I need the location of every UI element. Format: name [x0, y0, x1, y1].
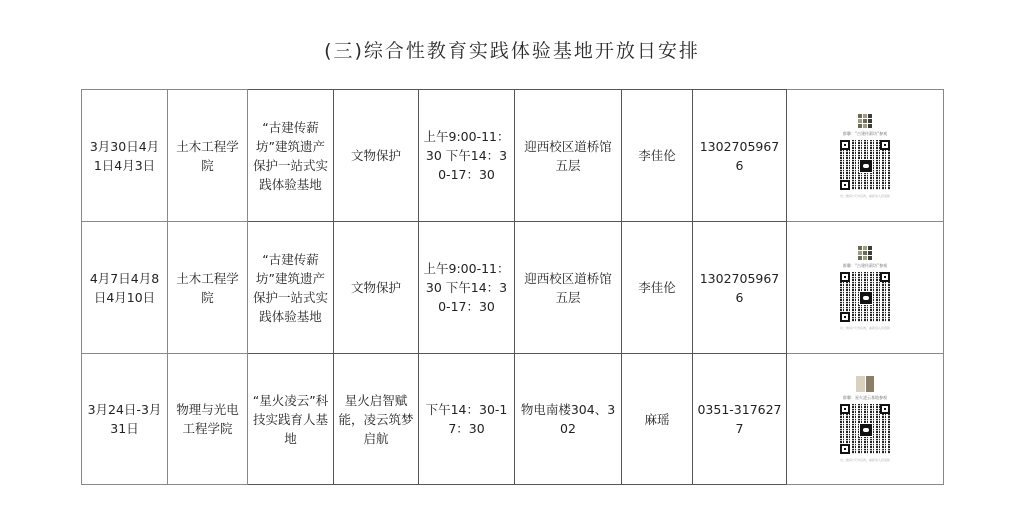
group-avatar-icon	[858, 246, 872, 260]
college-cell: 土木工程学院	[168, 90, 248, 222]
qr-code-icon	[840, 404, 890, 454]
qr-code-icon	[840, 140, 890, 190]
wechat-logo-icon	[859, 159, 873, 173]
theme-cell: 星火启智赋能，凌云筑梦启航	[334, 354, 419, 485]
time-cell: 上午9:00-11：30 下午14：30-17：30	[419, 90, 515, 222]
qr-cell: 群聊：“古建传薪坊”参观 该二维码7天内有效，重新进入将更新	[787, 90, 944, 222]
phone-cell: 13027059676	[693, 222, 787, 354]
base-cell: “星火凌云”科技实践育人基地	[248, 354, 334, 485]
college-cell: 物理与光电工程学院	[168, 354, 248, 485]
phone-cell: 0351-3176277	[693, 354, 787, 485]
college-cell: 土木工程学院	[168, 222, 248, 354]
date-cell: 4月7日4月8日4月10日	[82, 222, 168, 354]
time-cell: 下午14：30-17：30	[419, 354, 515, 485]
schedule-table: 3月30日4月1日4月3日 土木工程学院 “古建传薪坊”建筑遗产保护一站式实践体…	[81, 89, 944, 485]
wechat-logo-icon	[859, 423, 873, 437]
date-cell: 3月30日4月1日4月3日	[82, 90, 168, 222]
time-cell: 上午9:00-11：30 下午14：30-17：30	[419, 222, 515, 354]
qr-caption: 群聊：“古建传薪坊”参观	[843, 263, 887, 268]
group-avatar-icon	[858, 114, 872, 128]
qr-footer: 该二维码7天内有效，重新进入将更新	[840, 326, 890, 330]
qr-cell: 群聊：“古建传薪坊”参观 该二维码7天内有效，重新进入将更新	[787, 222, 944, 354]
table-row: 3月24日-3月31日 物理与光电工程学院 “星火凌云”科技实践育人基地 星火启…	[82, 354, 944, 485]
qr-cell: 群聊：星火凌云基地参观 该二维码7天内有效，重新进入将更新	[787, 354, 944, 485]
qr-caption: 群聊：星火凌云基地参观	[843, 395, 887, 400]
theme-cell: 文物保护	[334, 90, 419, 222]
base-cell: “古建传薪坊”建筑遗产保护一站式实践体验基地	[248, 90, 334, 222]
contact-cell: 麻瑶	[622, 354, 693, 485]
qr-footer: 该二维码7天内有效，重新进入将更新	[840, 458, 890, 462]
table-row: 3月30日4月1日4月3日 土木工程学院 “古建传薪坊”建筑遗产保护一站式实践体…	[82, 90, 944, 222]
page-title: (三)综合性教育实践体验基地开放日安排	[0, 36, 1024, 63]
location-cell: 迎西校区道桥馆五层	[515, 90, 622, 222]
qr-code-icon	[840, 272, 890, 322]
date-cell: 3月24日-3月31日	[82, 354, 168, 485]
location-cell: 物电南楼304、302	[515, 354, 622, 485]
wechat-logo-icon	[859, 291, 873, 305]
contact-cell: 李佳伦	[622, 90, 693, 222]
contact-cell: 李佳伦	[622, 222, 693, 354]
table-row: 4月7日4月8日4月10日 土木工程学院 “古建传薪坊”建筑遗产保护一站式实践体…	[82, 222, 944, 354]
qr-footer: 该二维码7天内有效，重新进入将更新	[840, 194, 890, 198]
base-cell: “古建传薪坊”建筑遗产保护一站式实践体验基地	[248, 222, 334, 354]
location-cell: 迎西校区道桥馆五层	[515, 222, 622, 354]
group-avatar-icon	[856, 376, 874, 392]
theme-cell: 文物保护	[334, 222, 419, 354]
qr-caption: 群聊：“古建传薪坊”参观	[843, 131, 887, 136]
phone-cell: 13027059676	[693, 90, 787, 222]
